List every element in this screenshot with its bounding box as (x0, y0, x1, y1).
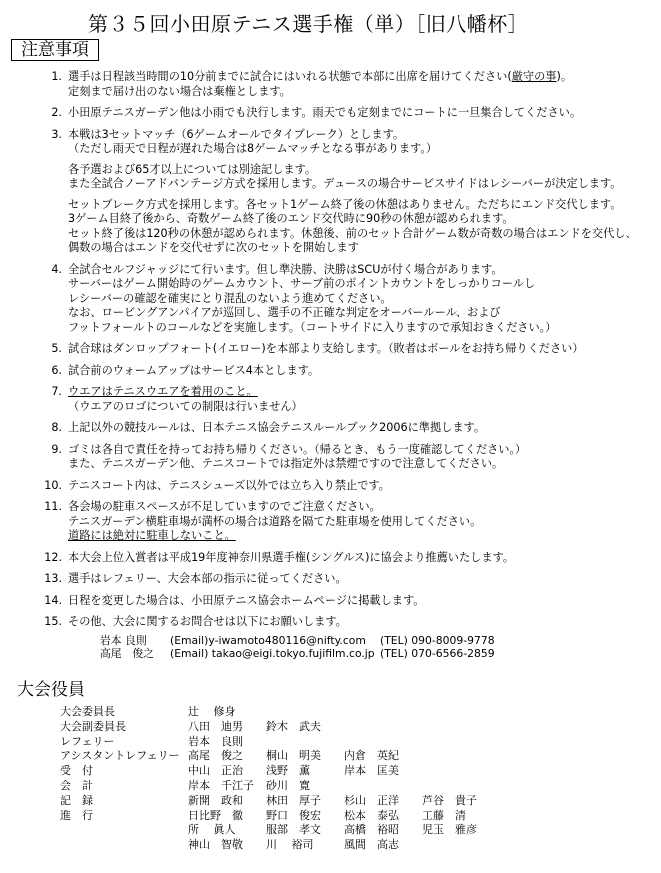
official-role (60, 823, 188, 838)
note-body: 試合球はダンロップフォート(イエロー)を本部より支給します。（敗者はボールをお持… (68, 342, 656, 357)
official-row: 所 眞人服部 孝文高橋 裕昭児玉 雅彦 (60, 823, 500, 838)
note-line: また、テニスガーデン他、テニスコートでは指定外は禁煙ですので注意してください。 (68, 457, 656, 472)
official-row: 大会副委員長八田 迪男鈴木 武夫 (60, 720, 500, 735)
official-role: レフェリー (60, 735, 188, 750)
note-item: 8.上記以外の競技ルールは、日本テニス協会テニスルールブック2006に準拠します… (36, 421, 656, 436)
official-name: 辻 修身 (188, 705, 266, 720)
note-text: 上記以外の競技ルールは、日本テニス協会テニスルールブック2006に準拠します。 (68, 421, 485, 434)
official-role: 進 行 (60, 809, 188, 824)
official-name: 日比野 徹 (188, 809, 266, 824)
section-heading-notes: 注意事項 (11, 39, 99, 61)
note-paragraph: 本大会上位入賞者は平成19年度神奈川県選手権(シングルス)に協会より推薦いたしま… (68, 551, 656, 566)
note-line: 試合前のウォームアップはサービス4本とします。 (68, 364, 656, 379)
note-text-suffix: )。 (557, 70, 573, 83)
note-item: 11.各会場の駐車スペースが不足していますのでご注意ください。テニスガーデン横駐… (36, 500, 656, 544)
note-line: テニスコート内は、テニスシューズ以外では立ち入り禁止です。 (68, 479, 656, 494)
note-text: 試合球はダンロップフォート(イエロー)を本部より支給します。（敗者はボールをお持… (68, 342, 584, 355)
official-row: 進 行日比野 徹野口 俊宏松本 泰弘工藤 清 (60, 809, 500, 824)
note-text: フットフォールトのコールなどを実施します。（コートサイドに入りますので承知おきく… (68, 321, 556, 334)
note-body: その他、大会に関するお問合せは以下にお願いします。岩本 良則(Email)y-i… (68, 615, 656, 660)
note-item: 6.試合前のウォームアップはサービス4本とします。 (36, 364, 656, 379)
note-body: テニスコート内は、テニスシューズ以外では立ち入り禁止です。 (68, 479, 656, 494)
note-number: 8. (36, 421, 68, 436)
note-paragraph: 本戦は3セットマッチ（6ゲームオールでタイブレーク）とします。（ただし雨天で日程… (68, 128, 656, 157)
note-number: 9. (36, 443, 68, 472)
note-body: 本大会上位入賞者は平成19年度神奈川県選手権(シングルス)に協会より推薦いたしま… (68, 551, 656, 566)
note-line: 各会場の駐車スペースが不足していますのでご注意ください。 (68, 500, 656, 515)
note-item: 9.ゴミは各自で責任を持ってお持ち帰りください。（帰るとき、もう一度確認してくだ… (36, 443, 656, 472)
official-role (60, 838, 188, 853)
note-text: テニスコート内は、テニスシューズ以外では立ち入り禁止です。 (68, 479, 390, 492)
note-paragraph: 試合球はダンロップフォート(イエロー)を本部より支給します。（敗者はボールをお持… (68, 342, 656, 357)
note-line: 3ゲーム目終了後から、奇数ゲーム終了後のエンド交代時に90秒の休憩が認められます… (68, 212, 656, 227)
note-paragraph: ゴミは各自で責任を持ってお持ち帰りください。（帰るとき、もう一度確認してください… (68, 443, 656, 472)
note-line: 本大会上位入賞者は平成19年度神奈川県選手権(シングルス)に協会より推薦いたしま… (68, 551, 656, 566)
officials-heading: 大会役員 (17, 675, 85, 700)
note-text: 本戦は3セットマッチ（6ゲームオールでタイブレーク）とします。 (68, 128, 404, 141)
note-body: 選手は日程該当時間の10分前までに試合にはいれる状態で本部に出席を届けてください… (68, 70, 656, 99)
official-role: 大会委員長 (60, 705, 188, 720)
note-item: 15.その他、大会に関するお問合せは以下にお願いします。岩本 良則(Email)… (36, 615, 656, 660)
note-text: その他、大会に関するお問合せは以下にお願いします。 (68, 615, 347, 628)
note-paragraph: 各予選および65才以上については別途記します。また全試合ノーアドバンテージ方式を… (68, 163, 656, 192)
note-body: 小田原テニスガーデン他は小雨でも決行します。雨天でも定刻までにコートに一旦集合し… (68, 106, 656, 121)
note-paragraph: 上記以外の競技ルールは、日本テニス協会テニスルールブック2006に準拠します。 (68, 421, 656, 436)
note-text: 日程を変更した場合は、小田原テニス協会ホームページに掲載します。 (68, 594, 424, 607)
note-line: 定刻まで届け出のない場合は棄権とします。 (68, 85, 656, 100)
note-paragraph: 選手は日程該当時間の10分前までに試合にはいれる状態で本部に出席を届けてください… (68, 70, 656, 99)
note-number: 6. (36, 364, 68, 379)
contact-list: 岩本 良則(Email)y-iwamoto480116@nifty.com(TE… (100, 634, 656, 660)
official-name: 高尾 俊之 (188, 749, 266, 764)
note-text: （ウエアのロゴについての制限は行いません） (68, 400, 303, 413)
note-line: 小田原テニスガーデン他は小雨でも決行します。雨天でも定刻までにコートに一旦集合し… (68, 106, 656, 121)
note-text: テニスガーデン横駐車場が満杯の場合は道路を隔てた駐車場を使用してください。 (68, 515, 481, 528)
note-line: ウエアはテニスウエアを着用のこと。 (68, 385, 656, 400)
official-row: 会 計岸本 千江子砂川 寛 (60, 779, 500, 794)
official-name: 砂川 寛 (266, 779, 344, 794)
note-line: セットブレーク方式を採用します。各セット1ゲーム終了後の休憩はありません。ただち… (68, 198, 656, 213)
note-number: 7. (36, 385, 68, 414)
note-text: 試合前のウォームアップはサービス4本とします。 (68, 364, 319, 377)
note-text: 全試合セルフジャッジにて行います。但し準決勝、決勝はSCUが付く場合があります。 (68, 263, 503, 276)
contact-email: (Email)y-iwamoto480116@nifty.com (170, 634, 380, 647)
note-item: 1.選手は日程該当時間の10分前までに試合にはいれる状態で本部に出席を届けてくだ… (36, 70, 656, 99)
note-item: 13.選手はレフェリー、大会本部の指示に従ってください。 (36, 572, 656, 587)
official-row: アシスタントレフェリー高尾 俊之桐山 明美内倉 英紀 (60, 749, 500, 764)
note-paragraph: セットブレーク方式を採用します。各セット1ゲーム終了後の休憩はありません。ただち… (68, 198, 656, 256)
note-line: セット終了後は120秒の休憩が認められます。休憩後、前のセット合計ゲーム数が奇数… (68, 227, 656, 242)
note-paragraph: テニスコート内は、テニスシューズ以外では立ち入り禁止です。 (68, 479, 656, 494)
note-number: 5. (36, 342, 68, 357)
official-row: 記 録新開 政和林田 厚子杉山 正洋芦谷 貴子 (60, 794, 500, 809)
note-item: 2.小田原テニスガーデン他は小雨でも決行します。雨天でも定刻までにコートに一旦集… (36, 106, 656, 121)
note-number: 4. (36, 263, 68, 336)
note-item: 4.全試合セルフジャッジにて行います。但し準決勝、決勝はSCUが付く場合がありま… (36, 263, 656, 336)
contact-phone: (TEL) 090-8009-9778 (380, 634, 495, 647)
official-row: 大会委員長辻 修身 (60, 705, 500, 720)
official-name: 鈴木 武夫 (266, 720, 344, 735)
note-line: また全試合ノーアドバンテージ方式を採用します。デュースの場合サービスサイドはレシ… (68, 177, 656, 192)
note-text: 偶数の場合はエンドを交代せずに次のセットを開始します (68, 241, 359, 254)
note-text: （ただし雨天で日程が遅れた場合は8ゲームマッチとなる事があります。） (68, 142, 437, 155)
note-line: 各予選および65才以上については別途記します。 (68, 163, 656, 178)
official-name: 服部 孝文 (266, 823, 344, 838)
note-text: 選手はレフェリー、大会本部の指示に従ってください。 (68, 572, 347, 585)
note-number: 11. (36, 500, 68, 544)
note-number: 12. (36, 551, 68, 566)
note-text: セット終了後は120秒の休憩が認められます。休憩後、前のセット合計ゲーム数が奇数… (68, 227, 637, 240)
official-name: 児玉 雅彦 (422, 823, 500, 838)
note-text: なお、ロービングアンパイアが巡回し、選手の不正確な判定をオーバールール、および (68, 306, 501, 319)
note-item: 5.試合球はダンロップフォート(イエロー)を本部より支給します。（敗者はボールを… (36, 342, 656, 357)
official-name: 風間 高志 (344, 838, 422, 853)
note-paragraph: 日程を変更した場合は、小田原テニス協会ホームページに掲載します。 (68, 594, 656, 609)
official-role: 受 付 (60, 764, 188, 779)
note-number: 2. (36, 106, 68, 121)
official-name: 松本 泰弘 (344, 809, 422, 824)
note-emphasis: 厳守の事 (512, 70, 557, 83)
note-line: 上記以外の競技ルールは、日本テニス協会テニスルールブック2006に準拠します。 (68, 421, 656, 436)
note-line: 選手は日程該当時間の10分前までに試合にはいれる状態で本部に出席を届けてください… (68, 70, 656, 85)
official-name: 林田 厚子 (266, 794, 344, 809)
note-number: 14. (36, 594, 68, 609)
contact-name: 高尾 俊之 (100, 647, 170, 660)
note-line: なお、ロービングアンパイアが巡回し、選手の不正確な判定をオーバールール、および (68, 306, 656, 321)
note-paragraph: 選手はレフェリー、大会本部の指示に従ってください。 (68, 572, 656, 587)
note-body: 試合前のウォームアップはサービス4本とします。 (68, 364, 656, 379)
official-row: 神山 智敬川 裕司風間 高志 (60, 838, 500, 853)
official-name: 所 眞人 (188, 823, 266, 838)
note-number: 15. (36, 615, 68, 660)
official-name: 桐山 明美 (266, 749, 344, 764)
note-line: レシーバーの確認を確実にとり混乱のないよう進めてください。 (68, 292, 656, 307)
official-name: 川 裕司 (266, 838, 344, 853)
officials-list: 大会委員長辻 修身大会副委員長八田 迪男鈴木 武夫レフェリー岩本 良則アシスタン… (60, 705, 500, 853)
contact-phone: (TEL) 070-6566-2859 (380, 647, 495, 660)
note-item: 7.ウエアはテニスウエアを着用のこと。（ウエアのロゴについての制限は行いません） (36, 385, 656, 414)
official-name: 中山 正治 (188, 764, 266, 779)
official-row: 受 付中山 正治浅野 薫岸本 匡美 (60, 764, 500, 779)
note-line: 全試合セルフジャッジにて行います。但し準決勝、決勝はSCUが付く場合があります。 (68, 263, 656, 278)
note-line: 本戦は3セットマッチ（6ゲームオールでタイブレーク）とします。 (68, 128, 656, 143)
contact-name: 岩本 良則 (100, 634, 170, 647)
note-paragraph: 全試合セルフジャッジにて行います。但し準決勝、決勝はSCUが付く場合があります。… (68, 263, 656, 336)
note-paragraph: その他、大会に関するお問合せは以下にお願いします。 (68, 615, 656, 630)
official-name: 工藤 清 (422, 809, 500, 824)
note-line: テニスガーデン横駐車場が満杯の場合は道路を隔てた駐車場を使用してください。 (68, 515, 656, 530)
official-name: 新開 政和 (188, 794, 266, 809)
note-line: フットフォールトのコールなどを実施します。（コートサイドに入りますので承知おきく… (68, 321, 656, 336)
note-number: 13. (36, 572, 68, 587)
official-role: 会 計 (60, 779, 188, 794)
note-line: サーバーはゲーム開始時のゲームカウント、サーブ前のポイントカウントをしっかりコー… (68, 277, 656, 292)
note-body: 全試合セルフジャッジにて行います。但し準決勝、決勝はSCUが付く場合があります。… (68, 263, 656, 336)
official-name: 岸本 匡美 (344, 764, 422, 779)
document-title: 第３５回小田原テニス選手権（単）［旧八幡杯］ (88, 8, 528, 37)
note-text: ゴミは各自で責任を持ってお持ち帰りください。（帰るとき、もう一度確認してください… (68, 443, 526, 456)
note-line: その他、大会に関するお問合せは以下にお願いします。 (68, 615, 656, 630)
note-line: ゴミは各自で責任を持ってお持ち帰りください。（帰るとき、もう一度確認してください… (68, 443, 656, 458)
note-number: 3. (36, 128, 68, 256)
note-text: 選手は日程該当時間の10分前までに試合にはいれる状態で本部に出席を届けてください… (68, 70, 512, 83)
note-line: 日程を変更した場合は、小田原テニス協会ホームページに掲載します。 (68, 594, 656, 609)
note-item: 10.テニスコート内は、テニスシューズ以外では立ち入り禁止です。 (36, 479, 656, 494)
note-item: 12.本大会上位入賞者は平成19年度神奈川県選手権(シングルス)に協会より推薦い… (36, 551, 656, 566)
official-name: 野口 俊宏 (266, 809, 344, 824)
note-item: 14.日程を変更した場合は、小田原テニス協会ホームページに掲載します。 (36, 594, 656, 609)
note-line: 試合球はダンロップフォート(イエロー)を本部より支給します。（敗者はボールをお持… (68, 342, 656, 357)
note-text: サーバーはゲーム開始時のゲームカウント、サーブ前のポイントカウントをしっかりコー… (68, 277, 535, 290)
official-row: レフェリー岩本 良則 (60, 735, 500, 750)
official-name: 岸本 千江子 (188, 779, 266, 794)
note-line: 道路には絶対に駐車しないこと。 (68, 529, 656, 544)
note-body: 各会場の駐車スペースが不足していますのでご注意ください。テニスガーデン横駐車場が… (68, 500, 656, 544)
note-text: また、テニスガーデン他、テニスコートでは指定外は禁煙ですので注意してください。 (68, 457, 503, 470)
official-name: 岩本 良則 (188, 735, 266, 750)
official-name: 芦谷 貴子 (422, 794, 500, 809)
note-item: 3.本戦は3セットマッチ（6ゲームオールでタイブレーク）とします。（ただし雨天で… (36, 128, 656, 256)
note-emphasis: ウエアはテニスウエアを着用のこと。 (68, 385, 258, 398)
note-text: レシーバーの確認を確実にとり混乱のないよう進めてください。 (68, 292, 392, 305)
note-text: 定刻まで届け出のない場合は棄権とします。 (68, 85, 291, 98)
note-text: 3ゲーム目終了後から、奇数ゲーム終了後のエンド交代時に90秒の休憩が認められます… (68, 212, 514, 225)
official-name: 杉山 正洋 (344, 794, 422, 809)
note-text: 本大会上位入賞者は平成19年度神奈川県選手権(シングルス)に協会より推薦いたしま… (68, 551, 514, 564)
note-line: （ただし雨天で日程が遅れた場合は8ゲームマッチとなる事があります。） (68, 142, 656, 157)
note-text: 各会場の駐車スペースが不足していますのでご注意ください。 (68, 500, 381, 513)
note-text: セットブレーク方式を採用します。各セット1ゲーム終了後の休憩はありません。ただち… (68, 198, 621, 211)
notes-list: 1.選手は日程該当時間の10分前までに試合にはいれる状態で本部に出席を届けてくだ… (36, 70, 656, 667)
official-name: 内倉 英紀 (344, 749, 422, 764)
note-body: ウエアはテニスウエアを着用のこと。（ウエアのロゴについての制限は行いません） (68, 385, 656, 414)
note-line: 偶数の場合はエンドを交代せずに次のセットを開始します (68, 241, 656, 256)
note-line: （ウエアのロゴについての制限は行いません） (68, 400, 656, 415)
note-body: 日程を変更した場合は、小田原テニス協会ホームページに掲載します。 (68, 594, 656, 609)
official-name: 浅野 薫 (266, 764, 344, 779)
official-name: 神山 智敬 (188, 838, 266, 853)
note-body: ゴミは各自で責任を持ってお持ち帰りください。（帰るとき、もう一度確認してください… (68, 443, 656, 472)
note-emphasis: 道路には絶対に駐車しないこと。 (68, 529, 236, 542)
official-role: 記 録 (60, 794, 188, 809)
official-role: 大会副委員長 (60, 720, 188, 735)
note-body: 本戦は3セットマッチ（6ゲームオールでタイブレーク）とします。（ただし雨天で日程… (68, 128, 656, 256)
note-paragraph: 各会場の駐車スペースが不足していますのでご注意ください。テニスガーデン横駐車場が… (68, 500, 656, 544)
official-role: アシスタントレフェリー (60, 749, 188, 764)
note-body: 上記以外の競技ルールは、日本テニス協会テニスルールブック2006に準拠します。 (68, 421, 656, 436)
note-text: 小田原テニスガーデン他は小雨でも決行します。雨天でも定刻までにコートに一旦集合し… (68, 106, 581, 119)
note-line: 選手はレフェリー、大会本部の指示に従ってください。 (68, 572, 656, 587)
contact-email: (Email) takao@eigi.tokyo.fujifilm.co.jp (170, 647, 380, 660)
official-name: 八田 迪男 (188, 720, 266, 735)
note-text: 各予選および65才以上については別途記します。 (68, 163, 316, 176)
contact-row: 高尾 俊之(Email) takao@eigi.tokyo.fujifilm.c… (100, 647, 656, 660)
note-paragraph: ウエアはテニスウエアを着用のこと。（ウエアのロゴについての制限は行いません） (68, 385, 656, 414)
official-name: 高橋 裕昭 (344, 823, 422, 838)
note-paragraph: 試合前のウォームアップはサービス4本とします。 (68, 364, 656, 379)
note-text: また全試合ノーアドバンテージ方式を採用します。デュースの場合サービスサイドはレシ… (68, 177, 622, 190)
note-body: 選手はレフェリー、大会本部の指示に従ってください。 (68, 572, 656, 587)
note-paragraph: 小田原テニスガーデン他は小雨でも決行します。雨天でも定刻までにコートに一旦集合し… (68, 106, 656, 121)
note-number: 1. (36, 70, 68, 99)
note-number: 10. (36, 479, 68, 494)
contact-row: 岩本 良則(Email)y-iwamoto480116@nifty.com(TE… (100, 634, 656, 647)
